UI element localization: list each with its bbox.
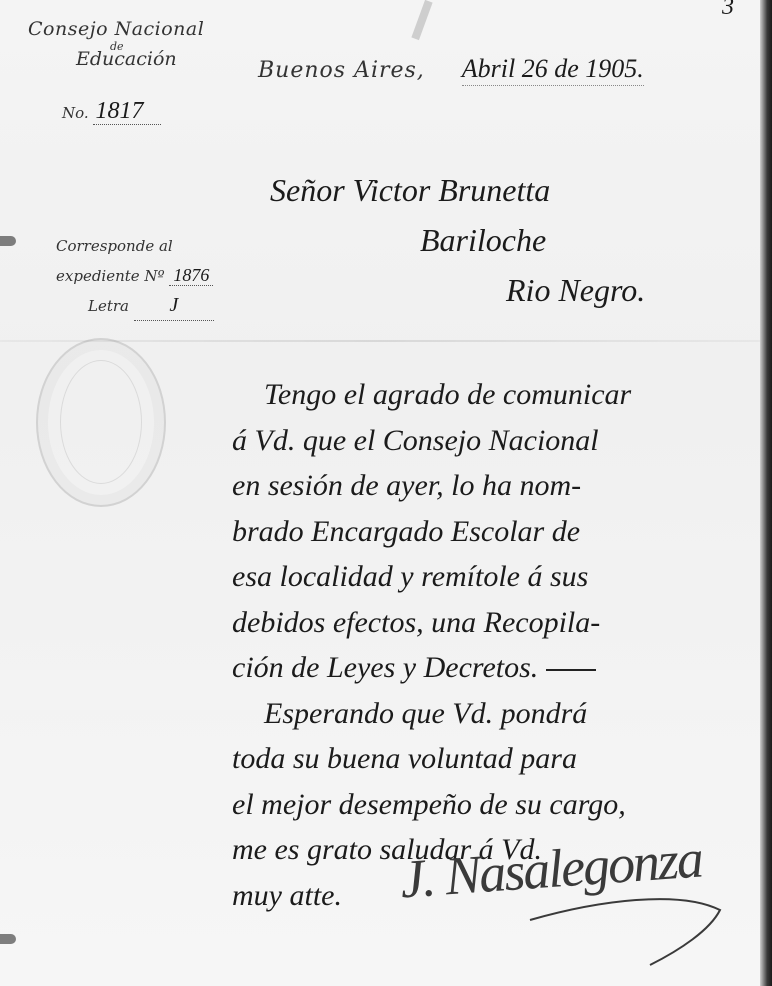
body-line: el mejor desempeño de su cargo, — [232, 782, 772, 828]
punch-hole-upper — [0, 236, 16, 246]
signature-flourish-icon — [520, 880, 730, 970]
reference-number-label: No. — [62, 104, 89, 122]
expediente-number: 1876 — [169, 265, 213, 286]
letterhead-line2: Educación — [76, 48, 248, 70]
letter-page: 3 Consejo Nacional de Educación No. 1817… — [0, 0, 760, 986]
body-line-text: ción de Leyes y Decretos. — [232, 651, 538, 684]
body-line: toda su buena voluntad para — [232, 736, 772, 782]
body-line: esa localidad y remítole á sus — [232, 554, 772, 600]
letterhead: Consejo Nacional de Educación — [28, 18, 248, 70]
recipient-name: Señor Victor Brunetta — [270, 165, 645, 215]
recipient-town: Bariloche — [420, 215, 645, 265]
seal-stamp-icon — [36, 338, 166, 507]
reference-number: No. 1817 — [62, 98, 161, 125]
expediente-line1: Corresponde al — [56, 232, 214, 261]
body-line: en sesión de ayer, lo ha nom- — [232, 463, 772, 509]
recipient-province: Rio Negro. — [506, 265, 645, 315]
place-date-line: Buenos Aires, Abril 26 de 1905. — [258, 54, 644, 84]
expediente-reference: Corresponde al expediente Nº 1876 Letra … — [56, 232, 214, 321]
date: Abril 26 de 1905. — [462, 54, 644, 86]
body-line: á Vd. que el Consejo Nacional — [232, 418, 772, 464]
recipient-block: Señor Victor Brunetta Bariloche Rio Negr… — [270, 165, 645, 315]
letterhead-line1: Consejo Nacional — [28, 18, 248, 40]
seal-inner-ring — [60, 360, 142, 484]
letterhead-connector: de — [110, 40, 124, 53]
body-line: Tengo el agrado de comunicar — [232, 372, 772, 418]
letra-value: J — [134, 291, 214, 321]
body-line: brado Encargado Escolar de — [232, 509, 772, 555]
expediente-line2: expediente Nº 1876 — [56, 261, 214, 291]
scan-edge — [760, 0, 772, 986]
punch-hole-lower — [0, 934, 16, 944]
expediente-label: expediente Nº — [56, 267, 165, 285]
paper-stain — [411, 0, 432, 40]
letra-label: Letra — [88, 297, 129, 315]
page-number: 3 — [722, 0, 734, 21]
body-line: ción de Leyes y Decretos. — [232, 645, 772, 691]
reference-number-value: 1817 — [93, 98, 161, 125]
body-line: Esperando que Vd. pondrá — [232, 691, 772, 737]
expediente-line3: Letra J — [88, 291, 214, 321]
body-line: debidos efectos, una Recopila- — [232, 600, 772, 646]
place: Buenos Aires, — [258, 58, 425, 83]
